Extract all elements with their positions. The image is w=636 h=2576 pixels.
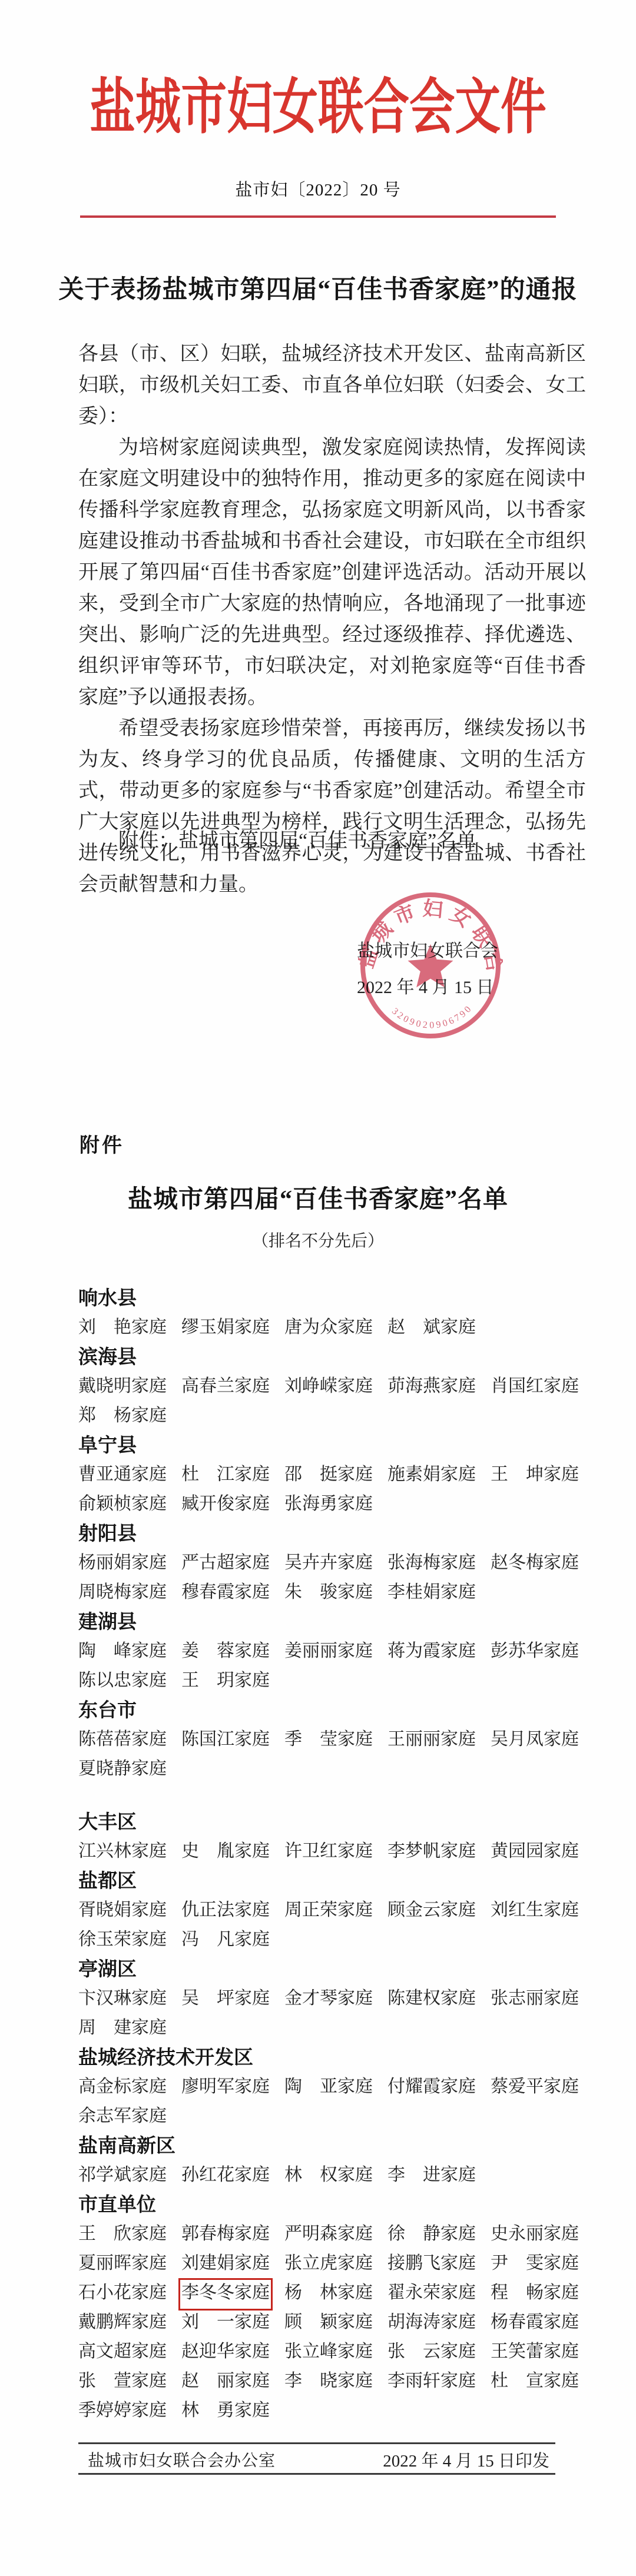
family-name: 赵 丽家庭	[181, 2366, 284, 2396]
family-name-row: 胥晓娟家庭仇正法家庭周正荣家庭顾金云家庭刘红生家庭	[78, 1896, 602, 1925]
family-name: 杜 江家庭	[181, 1460, 284, 1489]
family-name: 石小花家庭	[78, 2278, 181, 2308]
family-name: 史永丽家庭	[491, 2219, 594, 2249]
family-name: 周正荣家庭	[284, 1896, 387, 1925]
family-name: 刘建娟家庭	[181, 2249, 284, 2278]
document-body: 各县（市、区）妇联，盐城经济技术开发区、盐南高新区妇联，市级机关妇工委、市直各单…	[78, 338, 586, 900]
district-section: 建湖县陶 峰家庭姜 蓉家庭姜丽丽家庭蒋为霞家庭彭苏华家庭陈以忠家庭王 玥家庭	[78, 1607, 602, 1695]
family-name: 张 萱家庭	[78, 2366, 181, 2396]
family-name: 赵冬梅家庭	[491, 1548, 594, 1578]
family-name: 江兴林家庭	[78, 1837, 181, 1866]
official-document-page: 盐城市妇女联合会文件 盐市妇〔2022〕20 号 关于表扬盐城市第四届“百佳书香…	[0, 0, 636, 2576]
footer-row: 盐城市妇女联合会办公室 2022 年 4 月 15 日印发	[78, 2448, 555, 2471]
family-name-row: 戴晓明家庭高春兰家庭刘峥嵘家庭茆海燕家庭肖国红家庭	[78, 1372, 602, 1401]
family-name: 杨 林家庭	[284, 2278, 387, 2308]
district-section: 盐都区胥晓娟家庭仇正法家庭周正荣家庭顾金云家庭刘红生家庭徐玉荣家庭冯 凡家庭	[78, 1866, 602, 1954]
family-name: 王 欣家庭	[78, 2219, 181, 2249]
district-section: 滨海县戴晓明家庭高春兰家庭刘峥嵘家庭茆海燕家庭肖国红家庭郑 杨家庭	[78, 1342, 602, 1430]
family-name: 李梦帆家庭	[387, 1837, 491, 1866]
district-section-header: 亭湖区	[78, 1954, 602, 1984]
family-name: 廖明军家庭	[181, 2072, 284, 2102]
family-name: 穆春霞家庭	[181, 1578, 284, 1607]
family-name-row: 卞汉琳家庭吴 坪家庭金才琴家庭陈建权家庭张志丽家庭	[78, 1984, 602, 2013]
district-section: 射阳县杨丽娟家庭严古超家庭吴卉卉家庭张海梅家庭赵冬梅家庭周晓梅家庭穆春霞家庭朱 …	[78, 1519, 602, 1607]
attachment-reference: 附件：盐城市第四届“百佳书香家庭”名单	[78, 824, 586, 853]
body-paragraph: 希望受表扬家庭珍惜荣誉，再接再厉，继续发扬以书为友、终身学习的优良品质，传播健康…	[78, 713, 586, 900]
document-number: 盐市妇〔2022〕20 号	[0, 177, 636, 201]
family-name-row: 周晓梅家庭穆春霞家庭朱 骏家庭李桂娟家庭	[78, 1578, 602, 1607]
family-name: 高文超家庭	[78, 2337, 181, 2366]
family-name: 周晓梅家庭	[78, 1578, 181, 1607]
family-name: 林 权家庭	[284, 2160, 387, 2190]
family-name: 陈以忠家庭	[78, 1666, 181, 1695]
family-name: 季 莹家庭	[284, 1725, 387, 1754]
family-name: 陈建权家庭	[387, 1984, 491, 2013]
family-name: 郑 杨家庭	[78, 1401, 181, 1430]
family-name: 卞汉琳家庭	[78, 1984, 181, 2013]
attachment-subtitle: （排名不分先后）	[0, 1228, 636, 1252]
family-name: 胡海涛家庭	[387, 2308, 491, 2337]
district-section-header: 盐南高新区	[78, 2131, 602, 2160]
family-name-row: 徐玉荣家庭冯 凡家庭	[78, 1925, 602, 1954]
family-name-row: 杨丽娟家庭严古超家庭吴卉卉家庭张海梅家庭赵冬梅家庭	[78, 1548, 602, 1578]
letterhead-red-rule	[80, 215, 556, 218]
family-name-row: 陶 峰家庭姜 蓉家庭姜丽丽家庭蒋为霞家庭彭苏华家庭	[78, 1636, 602, 1666]
family-name-row: 王 欣家庭郭春梅家庭严明森家庭徐 静家庭史永丽家庭	[78, 2219, 602, 2249]
family-name: 姜丽丽家庭	[284, 1636, 387, 1666]
family-name: 朱 骏家庭	[284, 1578, 387, 1607]
family-name: 严明森家庭	[284, 2219, 387, 2249]
footer-rule-top	[78, 2442, 555, 2444]
family-name: 刘 艳家庭	[78, 1313, 181, 1342]
family-name: 吴 坪家庭	[181, 1984, 284, 2013]
district-section-header: 阜宁县	[78, 1430, 602, 1460]
district-section-header: 东台市	[78, 1695, 602, 1725]
family-name: 王 坤家庭	[491, 1460, 594, 1489]
family-name-row: 夏丽晖家庭刘建娟家庭张立虎家庭接鹏飞家庭尹 雯家庭	[78, 2249, 602, 2278]
footer-print-date: 2022 年 4 月 15 日印发	[383, 2448, 555, 2472]
district-section: 东台市陈蓓蓓家庭陈国江家庭季 莹家庭王丽丽家庭吴月凤家庭夏晓静家庭	[78, 1695, 602, 1784]
family-name: 蒋为霞家庭	[387, 1636, 491, 1666]
family-name: 接鹏飞家庭	[387, 2249, 491, 2278]
district-section: 大丰区江兴林家庭史 胤家庭许卫红家庭李梦帆家庭黄园园家庭	[78, 1807, 602, 1866]
family-name: 徐 静家庭	[387, 2219, 491, 2249]
family-name: 张海勇家庭	[284, 1489, 387, 1519]
family-name: 高金标家庭	[78, 2072, 181, 2102]
family-name: 余志军家庭	[78, 2102, 181, 2131]
district-section-header: 市直单位	[78, 2190, 602, 2219]
official-seal: 盐城市妇女联合会 3209020906790	[358, 890, 503, 1041]
district-section: 阜宁县曹亚通家庭杜 江家庭邵 挺家庭施素娟家庭王 坤家庭俞颖桢家庭臧开俊家庭张海…	[78, 1430, 602, 1519]
family-name-row: 高文超家庭赵迎华家庭张立峰家庭张 云家庭王笑蕾家庭	[78, 2337, 602, 2366]
family-name: 张 云家庭	[387, 2337, 491, 2366]
family-name: 季婷婷家庭	[78, 2396, 181, 2425]
family-name: 曹亚通家庭	[78, 1460, 181, 1489]
family-name: 施素娟家庭	[387, 1460, 491, 1489]
family-name: 胥晓娟家庭	[78, 1896, 181, 1925]
family-name-row: 高金标家庭廖明军家庭陶 亚家庭付耀霞家庭蔡爱平家庭	[78, 2072, 602, 2102]
family-name: 李雨轩家庭	[387, 2366, 491, 2396]
family-name: 邵 挺家庭	[284, 1460, 387, 1489]
family-name: 翟永荣家庭	[387, 2278, 491, 2308]
family-name: 顾金云家庭	[387, 1896, 491, 1925]
attachment-label: 附件	[79, 1129, 124, 1158]
family-name: 尹 雯家庭	[491, 2249, 594, 2278]
family-name: 顾 颖家庭	[284, 2308, 387, 2337]
family-name: 张海梅家庭	[387, 1548, 491, 1578]
family-name: 王笑蕾家庭	[491, 2337, 594, 2366]
seal-code: 3209020906790	[390, 1003, 475, 1031]
footer-issuing-office: 盐城市妇女联合会办公室	[78, 2448, 276, 2471]
family-name-row: 季婷婷家庭林 勇家庭	[78, 2396, 602, 2425]
family-name: 夏晓静家庭	[78, 1754, 181, 1784]
district-section-header: 响水县	[78, 1283, 602, 1313]
family-name: 孙红花家庭	[181, 2160, 284, 2190]
family-name: 杜 宣家庭	[491, 2366, 594, 2396]
family-name-row: 余志军家庭	[78, 2102, 602, 2131]
family-name: 戴鹏辉家庭	[78, 2308, 181, 2337]
family-name-row: 戴鹏辉家庭刘 一家庭顾 颖家庭胡海涛家庭杨春霞家庭	[78, 2308, 602, 2337]
family-name: 张立虎家庭	[284, 2249, 387, 2278]
family-name-row: 俞颖桢家庭臧开俊家庭张海勇家庭	[78, 1489, 602, 1519]
salutation: 各县（市、区）妇联，盐城经济技术开发区、盐南高新区妇联，市级机关妇工委、市直各单…	[78, 338, 586, 432]
footer-rule-bottom	[78, 2473, 555, 2475]
family-name: 夏丽晖家庭	[78, 2249, 181, 2278]
family-name: 陶 亚家庭	[284, 2072, 387, 2102]
family-name: 王 玥家庭	[181, 1666, 284, 1695]
attachment-title: 盐城市第四届“百佳书香家庭”名单	[0, 1180, 636, 1215]
family-name: 李 进家庭	[387, 2160, 491, 2190]
seal-ring	[363, 895, 498, 1036]
family-name: 付耀霞家庭	[387, 2072, 491, 2102]
family-name-row: 曹亚通家庭杜 江家庭邵 挺家庭施素娟家庭王 坤家庭	[78, 1460, 602, 1489]
family-name: 吴卉卉家庭	[284, 1548, 387, 1578]
family-name: 缪玉娟家庭	[181, 1313, 284, 1342]
family-name: 许卫红家庭	[284, 1837, 387, 1866]
district-section: 盐南高新区祁学斌家庭孙红花家庭林 权家庭李 进家庭	[78, 2131, 602, 2190]
district-section-header: 盐都区	[78, 1866, 602, 1896]
family-name: 王丽丽家庭	[387, 1725, 491, 1754]
family-name: 戴晓明家庭	[78, 1372, 181, 1401]
family-name: 茆海燕家庭	[387, 1372, 491, 1401]
family-name: 姜 蓉家庭	[181, 1636, 284, 1666]
family-name: 刘红生家庭	[491, 1896, 594, 1925]
family-name: 张志丽家庭	[491, 1984, 594, 2013]
family-name: 徐玉荣家庭	[78, 1925, 181, 1954]
family-name: 肖国红家庭	[491, 1372, 594, 1401]
family-name: 陈国江家庭	[181, 1725, 284, 1754]
family-name: 高春兰家庭	[181, 1372, 284, 1401]
family-name-row: 刘 艳家庭缪玉娟家庭唐为众家庭赵 斌家庭	[78, 1313, 602, 1342]
family-name-row: 祁学斌家庭孙红花家庭林 权家庭李 进家庭	[78, 2160, 602, 2190]
signature-org: 盐城市妇女联合会	[357, 936, 510, 962]
family-name: 赵迎华家庭	[181, 2337, 284, 2366]
district-section-header: 大丰区	[78, 1807, 602, 1837]
family-name-row: 夏晓静家庭	[78, 1754, 602, 1784]
family-name: 史 胤家庭	[181, 1837, 284, 1866]
family-name: 杨春霞家庭	[491, 2308, 594, 2337]
family-name: 周 建家庭	[78, 2013, 181, 2043]
family-name: 李桂娟家庭	[387, 1578, 491, 1607]
family-name: 仇正法家庭	[181, 1896, 284, 1925]
family-name: 林 勇家庭	[181, 2396, 284, 2425]
family-name-row: 张 萱家庭赵 丽家庭李 晓家庭李雨轩家庭杜 宣家庭	[78, 2366, 602, 2396]
district-section: 市直单位王 欣家庭郭春梅家庭严明森家庭徐 静家庭史永丽家庭夏丽晖家庭刘建娟家庭张…	[78, 2190, 602, 2425]
family-name: 赵 斌家庭	[387, 1313, 491, 1342]
family-name: 金才琴家庭	[284, 1984, 387, 2013]
family-name: 蔡爱平家庭	[491, 2072, 594, 2102]
district-section-header: 滨海县	[78, 1342, 602, 1372]
district-section: 亭湖区卞汉琳家庭吴 坪家庭金才琴家庭陈建权家庭张志丽家庭周 建家庭	[78, 1954, 602, 2043]
family-name: 祁学斌家庭	[78, 2160, 181, 2190]
letterhead-org-name: 盐城市妇女联合会文件	[90, 59, 546, 145]
family-name-row: 郑 杨家庭	[78, 1401, 602, 1430]
district-section-header: 建湖县	[78, 1607, 602, 1636]
family-name-row: 周 建家庭	[78, 2013, 602, 2043]
family-name: 刘 一家庭	[181, 2308, 284, 2337]
family-name: 彭苏华家庭	[491, 1636, 594, 1666]
family-name-row: 陈以忠家庭王 玥家庭	[78, 1666, 602, 1695]
family-name: 张立峰家庭	[284, 2337, 387, 2366]
district-section-header: 射阳县	[78, 1519, 602, 1548]
family-name: 俞颖桢家庭	[78, 1489, 181, 1519]
family-name-list: 响水县刘 艳家庭缪玉娟家庭唐为众家庭赵 斌家庭滨海县戴晓明家庭高春兰家庭刘峥嵘家…	[78, 1283, 602, 2425]
family-name: 严古超家庭	[181, 1548, 284, 1578]
district-section: 盐城经济技术开发区高金标家庭廖明军家庭陶 亚家庭付耀霞家庭蔡爱平家庭余志军家庭	[78, 2043, 602, 2131]
family-name: 郭春梅家庭	[181, 2219, 284, 2249]
family-name: 黄园园家庭	[491, 1837, 594, 1866]
family-name-row: 石小花家庭李冬冬家庭杨 林家庭翟永荣家庭程 畅家庭	[78, 2278, 602, 2308]
family-name: 臧开俊家庭	[181, 1489, 284, 1519]
signature-date: 2022 年 4 月 15 日	[357, 972, 510, 998]
letterhead-banner: 盐城市妇女联合会文件	[0, 61, 636, 144]
family-name-highlighted: 李冬冬家庭	[181, 2281, 270, 2308]
seal-arc-text: 盐城市妇女联合会	[358, 890, 503, 980]
district-section: 响水县刘 艳家庭缪玉娟家庭唐为众家庭赵 斌家庭	[78, 1283, 602, 1342]
family-name: 陶 峰家庭	[78, 1636, 181, 1666]
family-name: 李 晓家庭	[284, 2366, 387, 2396]
family-name: 程 畅家庭	[491, 2278, 594, 2308]
family-name: 唐为众家庭	[284, 1313, 387, 1342]
family-name-row: 陈蓓蓓家庭陈国江家庭季 莹家庭王丽丽家庭吴月凤家庭	[78, 1725, 602, 1754]
family-name: 杨丽娟家庭	[78, 1548, 181, 1578]
family-name-row: 江兴林家庭史 胤家庭许卫红家庭李梦帆家庭黄园园家庭	[78, 1837, 602, 1866]
document-title: 关于表扬盐城市第四届“百佳书香家庭”的通报	[0, 270, 636, 306]
family-name: 冯 凡家庭	[181, 1925, 284, 1954]
family-name: 吴月凤家庭	[491, 1725, 594, 1754]
family-name: 陈蓓蓓家庭	[78, 1725, 181, 1754]
district-section-header: 盐城经济技术开发区	[78, 2043, 602, 2072]
family-name: 刘峥嵘家庭	[284, 1372, 387, 1401]
body-paragraph: 为培树家庭阅读典型，激发家庭阅读热情，发挥阅读在家庭文明建设中的独特作用，推动更…	[78, 432, 586, 713]
